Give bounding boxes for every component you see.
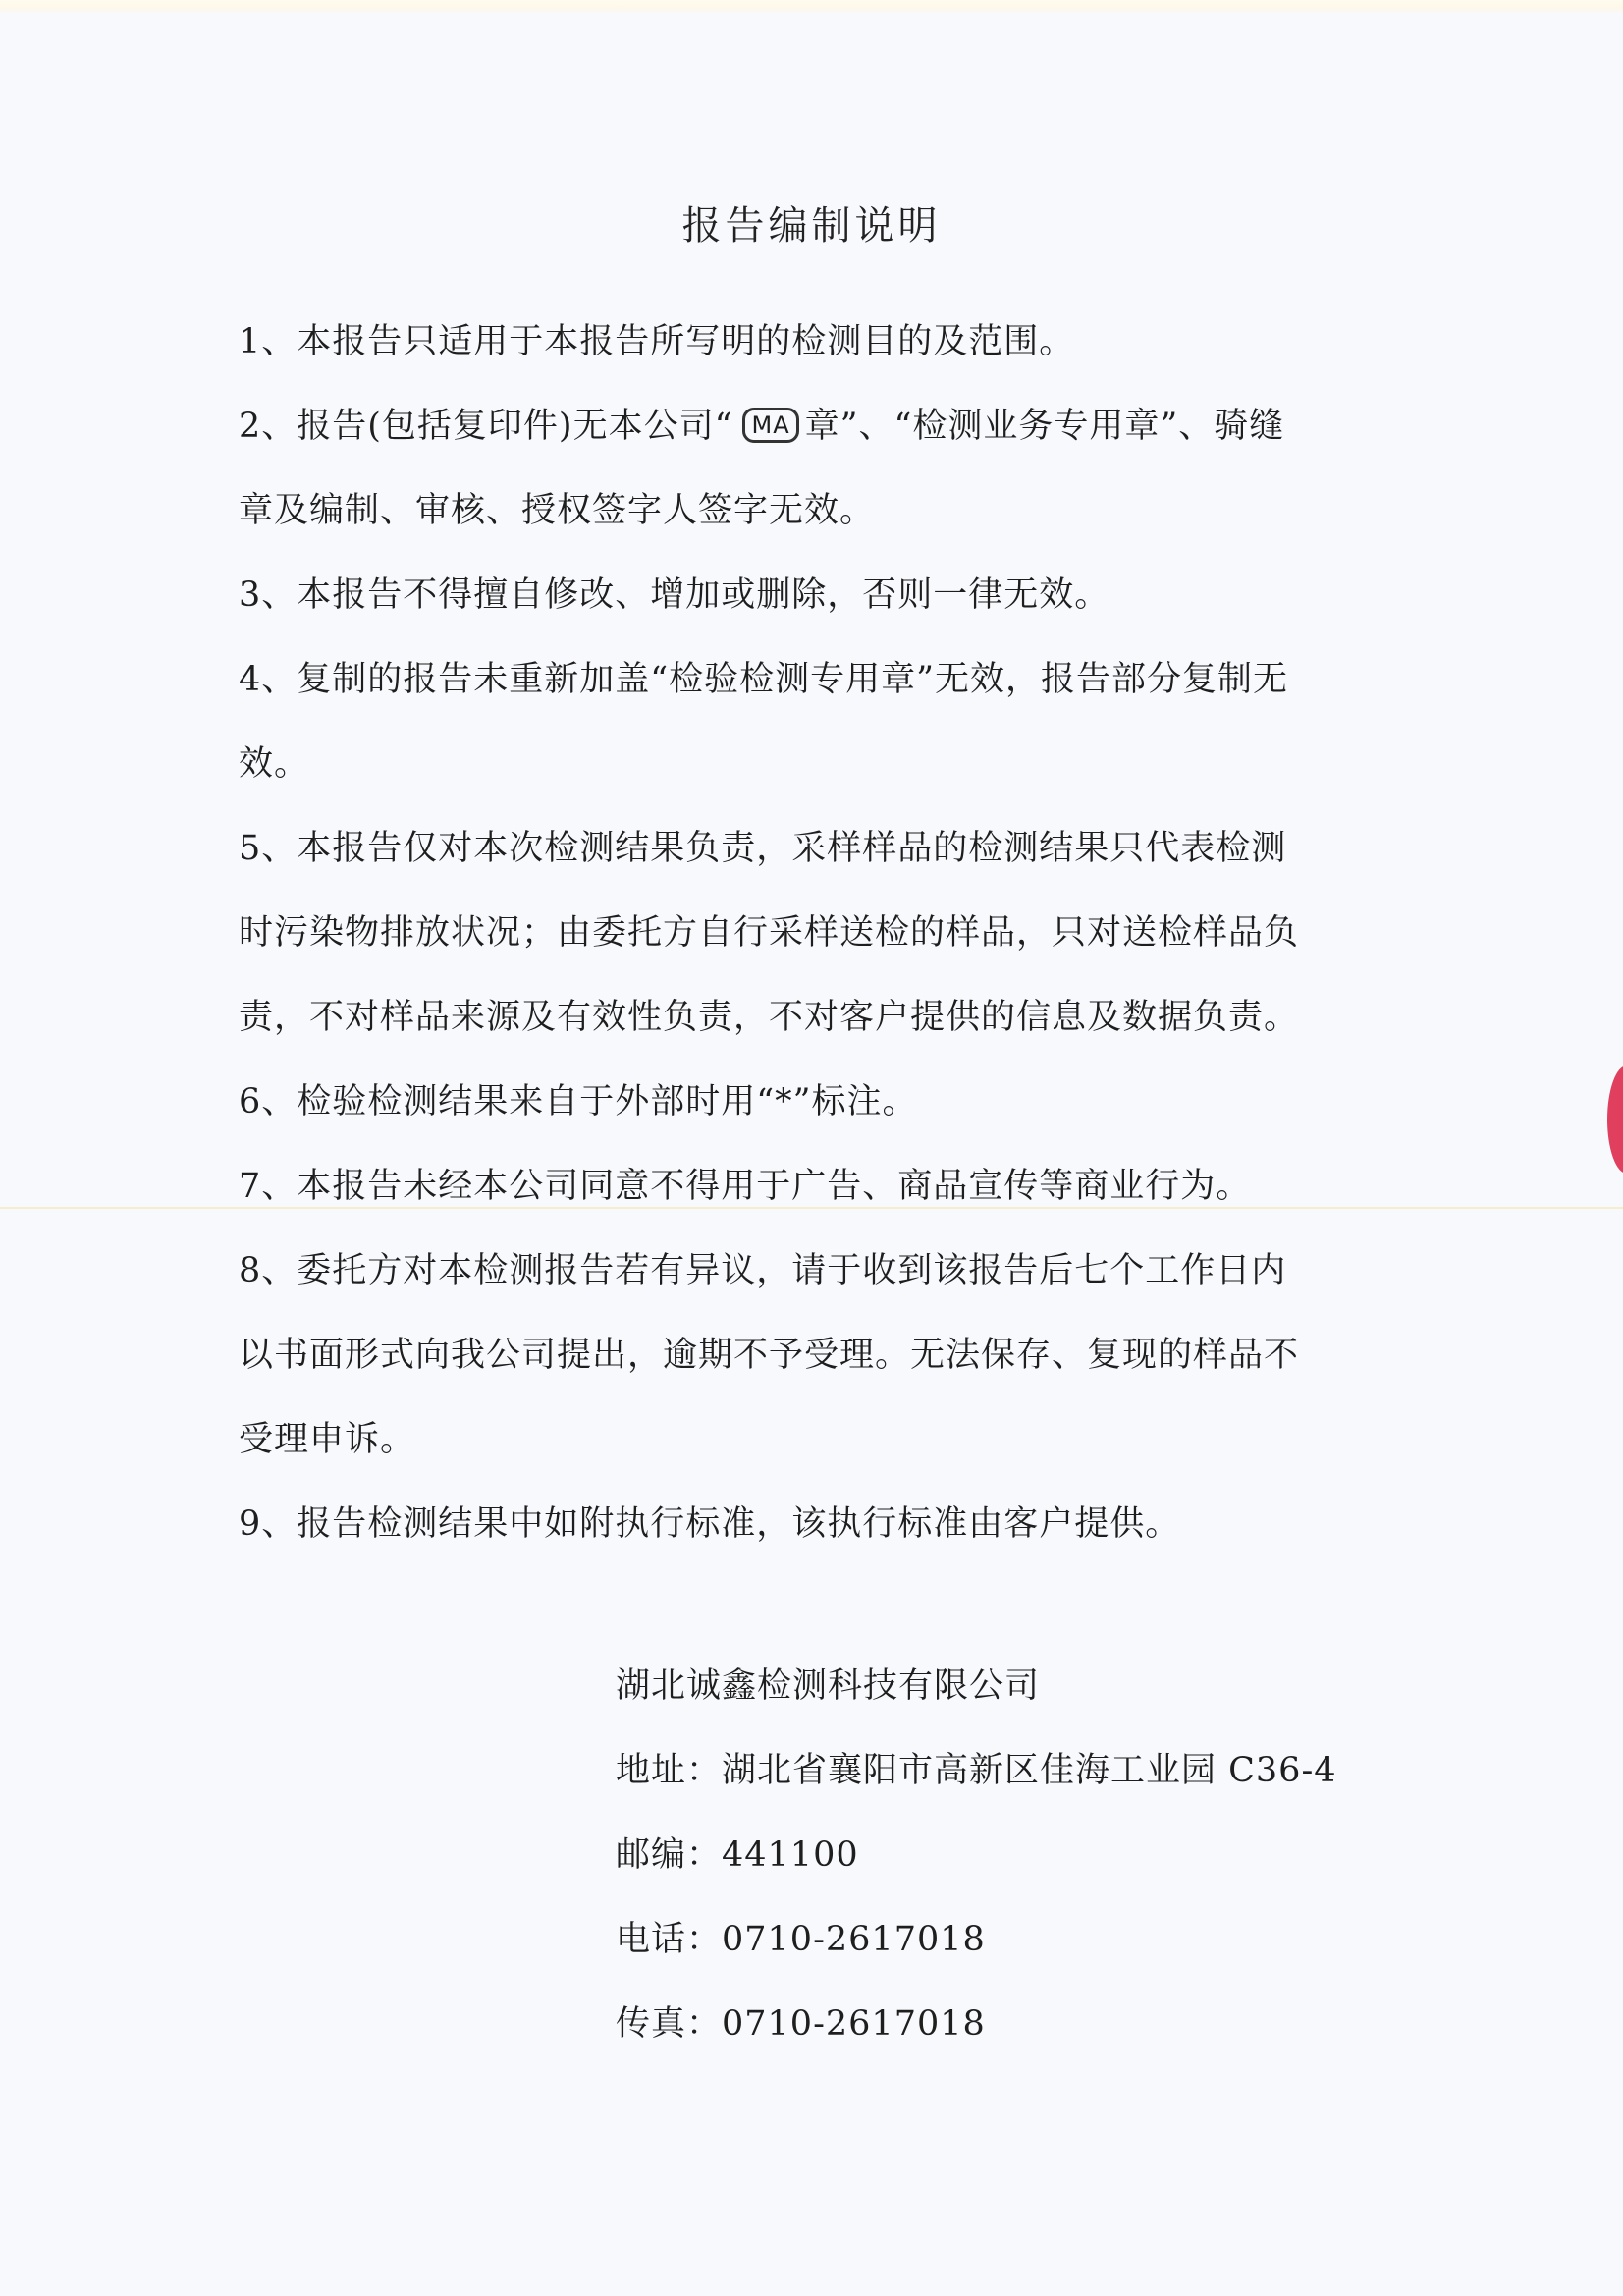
list-item-7: 7、本报告未经本公司同意不得用于广告、商品宣传等商业行为。 — [239, 1144, 1378, 1229]
list-item-4: 4、复制的报告未重新加盖“检验检测专用章”无效，报告部分复制无 效。 — [239, 637, 1378, 806]
item-text: 效。 — [239, 722, 1378, 806]
company-address: 地址：湖北省襄阳市高新区佳海工业园 C36-4 — [616, 1728, 1337, 1813]
item-text: 8、委托方对本检测报告若有异议，请于收到该报告后七个工作日内 — [239, 1229, 1378, 1313]
item-text: 受理申诉。 — [239, 1397, 1378, 1482]
list-item-3: 3、本报告不得擅自修改、增加或删除，否则一律无效。 — [239, 553, 1378, 637]
item-text: 2、报告(包括复印件)无本公司“MA章”、“检测业务专用章”、骑缝 — [239, 384, 1378, 468]
item-text: 4、复制的报告未重新加盖“检验检测专用章”无效，报告部分复制无 — [239, 637, 1378, 722]
scan-top-edge — [0, 0, 1623, 14]
item-text: 章及编制、审核、授权签字人签字无效。 — [239, 468, 1378, 553]
instructions-list: 1、本报告只适用于本报告所写明的检测目的及范围。 2、报告(包括复印件)无本公司… — [239, 300, 1378, 1566]
company-postcode: 邮编：441100 — [616, 1813, 1337, 1897]
item-text: 6、检验检测结果来自于外部时用“*”标注。 — [239, 1060, 1378, 1144]
page-title: 报告编制说明 — [0, 194, 1623, 250]
item-text-prefix: 2、报告(包括复印件)无本公司“ — [239, 407, 732, 446]
cma-mark-icon: MA — [742, 408, 798, 443]
item-text: 5、本报告仅对本次检测结果负责，采样样品的检测结果只代表检测 — [239, 806, 1378, 891]
company-info: 湖北诚鑫检测科技有限公司 地址：湖北省襄阳市高新区佳海工业园 C36-4 邮编：… — [616, 1644, 1337, 2066]
item-text: 7、本报告未经本公司同意不得用于广告、商品宣传等商业行为。 — [239, 1144, 1378, 1229]
item-text: 3、本报告不得擅自修改、增加或删除，否则一律无效。 — [239, 553, 1378, 637]
list-item-9: 9、报告检测结果中如附执行标准，该执行标准由客户提供。 — [239, 1482, 1378, 1566]
list-item-8: 8、委托方对本检测报告若有异议，请于收到该报告后七个工作日内 以书面形式向我公司… — [239, 1229, 1378, 1482]
item-text-suffix: 章”、“检测业务专用章”、骑缝 — [805, 407, 1285, 446]
list-item-1: 1、本报告只适用于本报告所写明的检测目的及范围。 — [239, 300, 1378, 384]
item-text: 9、报告检测结果中如附执行标准，该执行标准由客户提供。 — [239, 1482, 1378, 1566]
item-text: 以书面形式向我公司提出，逾期不予受理。无法保存、复现的样品不 — [239, 1313, 1378, 1397]
company-phone: 电话：0710-2617018 — [616, 1897, 1337, 1982]
item-text: 时污染物排放状况；由委托方自行采样送检的样品，只对送检样品负 — [239, 891, 1378, 975]
list-item-6: 6、检验检测结果来自于外部时用“*”标注。 — [239, 1060, 1378, 1144]
list-item-2: 2、报告(包括复印件)无本公司“MA章”、“检测业务专用章”、骑缝 章及编制、审… — [239, 384, 1378, 553]
company-name: 湖北诚鑫检测科技有限公司 — [616, 1644, 1337, 1728]
list-item-5: 5、本报告仅对本次检测结果负责，采样样品的检测结果只代表检测 时污染物排放状况；… — [239, 806, 1378, 1060]
item-text: 1、本报告只适用于本报告所写明的检测目的及范围。 — [239, 300, 1378, 384]
item-text: 责，不对样品来源及有效性负责，不对客户提供的信息及数据负责。 — [239, 975, 1378, 1060]
seal-stamp-edge — [1607, 1066, 1623, 1174]
company-fax: 传真：0710-2617018 — [616, 1982, 1337, 2066]
